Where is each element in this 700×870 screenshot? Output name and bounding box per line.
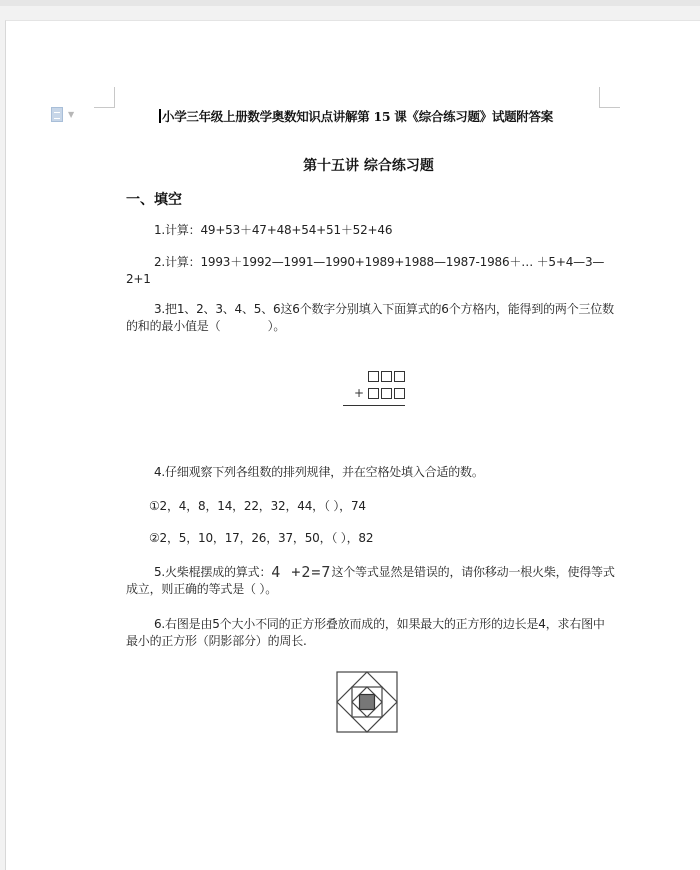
plus-sign: + (354, 388, 364, 399)
document-icon (51, 107, 63, 122)
nested-squares-diagram (336, 671, 398, 733)
crop-mark-top-left (94, 87, 115, 108)
digit-box (381, 388, 392, 399)
digit-box (394, 371, 405, 382)
question-1: 1.计算：49+53＋47+48+54+51＋52+46 (126, 222, 392, 239)
document-viewer: ▼ 小学三年级上册数学奥数知识点讲解第 15 课《综合练习题》试题附答案 第十五… (0, 0, 700, 870)
digit-box (368, 371, 379, 382)
document-header-title[interactable]: 小学三年级上册数学奥数知识点讲解第 15 课《综合练习题》试题附答案 (159, 107, 553, 125)
question-3: 3.把1、2、3、4、5、6这6个数字分别填入下面算式的6个方格内，能得到的两个… (126, 301, 616, 335)
digit-box (381, 371, 392, 382)
text-cursor (159, 109, 161, 123)
addition-boxes-figure: + (343, 371, 405, 406)
chevron-down-icon: ▼ (68, 110, 74, 119)
digit-box (368, 388, 379, 399)
toolbar-strip (0, 0, 700, 6)
lesson-title: 第十五讲 综合练习题 (6, 155, 700, 175)
question-6: 6.右图是由5个大小不同的正方形叠放而成的，如果最大的正方形的边长是4，求右图中… (126, 616, 616, 650)
sum-line (343, 405, 405, 406)
question-2: 2.计算：1993＋1992—1991—1990+1989+1988—1987-… (126, 254, 626, 288)
document-page[interactable]: ▼ 小学三年级上册数学奥数知识点讲解第 15 课《综合练习题》试题附答案 第十五… (5, 20, 700, 870)
section-title: 一、填空 (126, 189, 182, 209)
question-4-sequence-2: ②2，5，10，17，26，37，50，（ ），82 (149, 530, 373, 547)
paragraph-options-button[interactable]: ▼ (51, 107, 74, 122)
matchstick-equation: 4 +2=7 (271, 564, 331, 581)
question-5: 5.火柴棍摆成的算式：4 +2=7这个等式显然是错误的，请你移动一根火柴，使得等… (126, 564, 616, 598)
nested-squares-figure (336, 671, 398, 737)
addend-row-2: + (343, 388, 405, 399)
crop-mark-top-right (599, 87, 620, 108)
addend-row-1 (343, 371, 405, 382)
question-4-sequence-1: ①2，4，8，14，22，32，44，（ ），74 (149, 498, 366, 515)
question-4: 4.仔细观察下列各组数的排列规律，并在空格处填入合适的数。 (126, 464, 484, 481)
digit-box (394, 388, 405, 399)
